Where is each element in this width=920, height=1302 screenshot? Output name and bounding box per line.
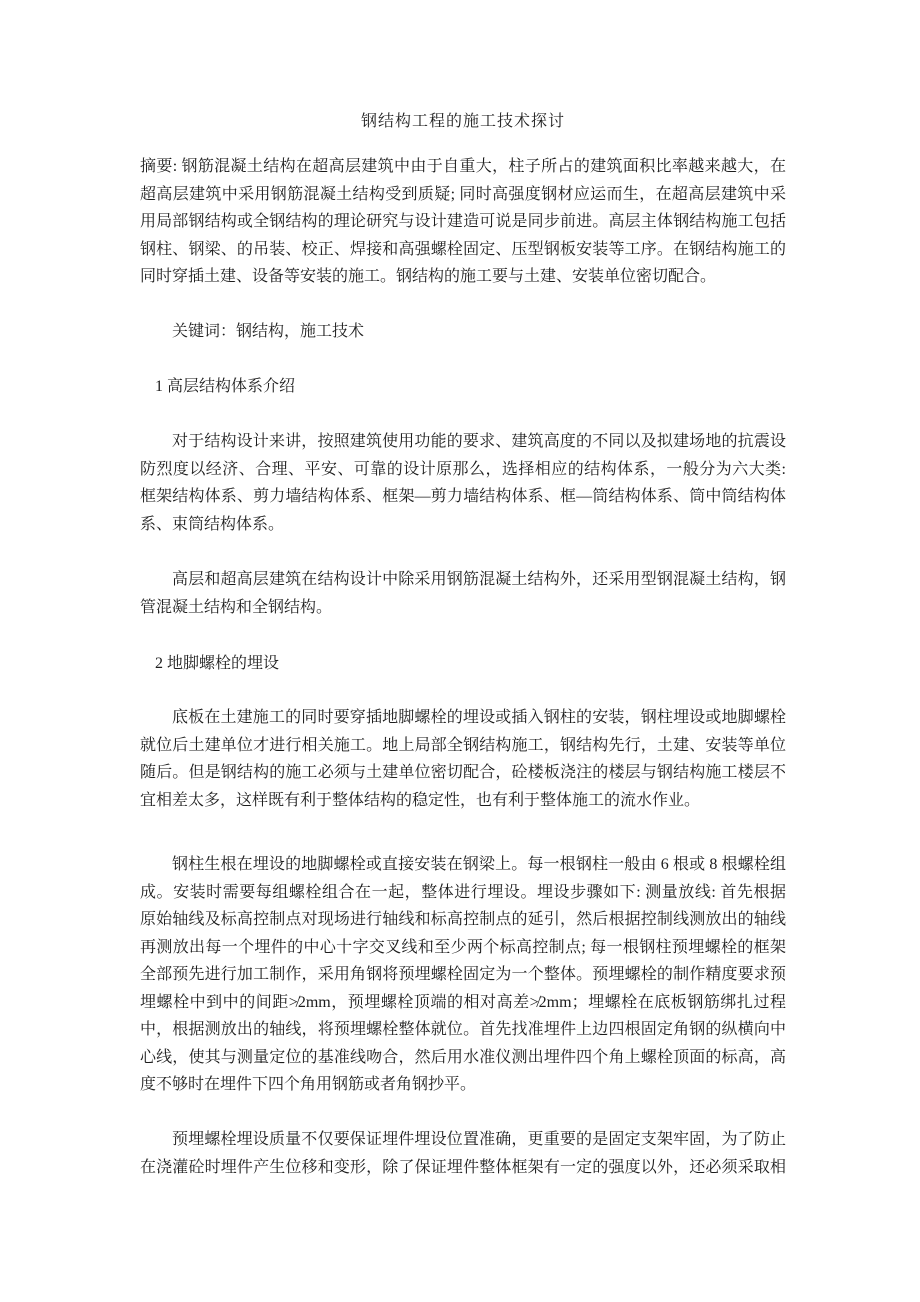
document-title: 钢结构工程的施工技术探讨 — [140, 108, 786, 136]
paragraph-line: 在浇灌砼时埋件产生位移和变形，除了保证埋件整体框架有一定的强度以外，还必须采取相 — [140, 1154, 786, 1182]
paragraph-line: 系、束筒结构体系。 — [140, 511, 786, 539]
paragraph-line: 原始轴线及标高控制点对现场进行轴线和标高控制点的延引，然后根据控制线测放出的轴线 — [140, 906, 786, 934]
paragraph-line: 管混凝土结构和全钢结构。 — [140, 594, 786, 622]
keywords-line: 关键词：钢结构，施工技术 — [140, 318, 786, 346]
paragraph-line: 摘要: 钢筋混凝土结构在超高层建筑中由于自重大，柱子所占的建筑面积比率越来越大，… — [140, 153, 786, 181]
abstract-paragraph: 摘要: 钢筋混凝土结构在超高层建筑中由于自重大，柱子所占的建筑面积比率越来越大，… — [140, 153, 786, 291]
heading-line: 1 高层结构体系介绍 — [140, 373, 786, 401]
paragraph-line: 防烈度以经济、合理、平安、可靠的设计原那么，选择相应的结构体系，一般分为六大类: — [140, 456, 786, 484]
paragraph-line: 中，根据测放出的轴线，将预埋螺栓整体就位。首先找准埋件上边四根固定角钢的纵横向中 — [140, 1016, 786, 1044]
section-1-paragraph-2: 高层和超高层建筑在结构设计中除采用钢筋混凝土结构外，还采用型钢混凝土结构，钢 管… — [140, 566, 786, 621]
paragraph-line: 高层和超高层建筑在结构设计中除采用钢筋混凝土结构外，还采用型钢混凝土结构，钢 — [140, 566, 786, 594]
paragraph-line: 宜相差太多，这样既有利于整体结构的稳定性，也有利于整体施工的流水作业。 — [140, 787, 786, 815]
paragraph-line: 全部预先进行加工制作，采用角钢将预埋螺栓固定为一个整体。预埋螺栓的制作精度要求预 — [140, 961, 786, 989]
paragraph-line: 埋螺栓中到中的间距≯2mm，预埋螺栓顶端的相对高差≯2mm；埋螺栓在底板钢筋绑扎… — [140, 989, 786, 1017]
paragraph-line: 框架结构体系、剪力墙结构体系、框架—剪力墙结构体系、框—筒结构体系、筒中筒结构体 — [140, 483, 786, 511]
paragraph-line: 度不够时在埋件下四个角用钢筋或者角钢抄平。 — [140, 1071, 786, 1099]
paragraph-line: 钢柱生根在埋设的地脚螺栓或直接安装在钢梁上。每一根钢柱一般由 6 根或 8 根螺… — [140, 851, 786, 879]
section-2-paragraph-3: 预埋螺栓埋设质量不仅要保证埋件埋设位置准确，更重要的是固定支架牢固，为了防止 在… — [140, 1126, 786, 1181]
heading-line: 2 地脚螺栓的埋设 — [140, 650, 786, 678]
section-1-paragraph-1: 对于结构设计来讲，按照建筑使用功能的要求、建筑高度的不同以及拟建场地的抗震设 防… — [140, 428, 786, 538]
paragraph-line: 同时穿插土建、设备等安装的施工。钢结构的施工要与土建、安装单位密切配合。 — [140, 263, 786, 291]
paragraph-line: 成。安装时需要每组螺栓组合在一起，整体进行埋设。埋设步骤如下: 测量放线: 首先… — [140, 879, 786, 907]
paragraph-line: 随后。但是钢结构的施工必须与土建单位密切配合，砼楼板浇注的楼层与钢结构施工楼层不 — [140, 759, 786, 787]
paragraph-line: 底板在土建施工的同时要穿插地脚螺栓的埋设或插入钢柱的安装，钢柱埋设或地脚螺栓 — [140, 704, 786, 732]
paragraph-line: 预埋螺栓埋设质量不仅要保证埋件埋设位置准确，更重要的是固定支架牢固，为了防止 — [140, 1126, 786, 1154]
paragraph-line: 用局部钢结构或全钢结构的理论研究与设计建造可说是同步前进。高层主体钢结构施工包括 — [140, 208, 786, 236]
section-1-heading: 1 高层结构体系介绍 — [140, 373, 786, 401]
paragraph-line: 钢柱、钢梁、的吊装、校正、焊接和高强螺栓固定、压型钢板安装等工序。在钢结构施工的 — [140, 236, 786, 264]
paragraph-line: 心线，使其与测量定位的基准线吻合，然后用水准仪测出埋件四个角上螺栓顶面的标高，高 — [140, 1044, 786, 1072]
section-2-paragraph-1: 底板在土建施工的同时要穿插地脚螺栓的埋设或插入钢柱的安装，钢柱埋设或地脚螺栓 就… — [140, 704, 786, 814]
paragraph-line: 超高层建筑中采用钢筋混凝土结构受到质疑; 同时高强度钢材应运而生，在超高层建筑中… — [140, 181, 786, 209]
paragraph-line: 就位后土建单位才进行相关施工。地上局部全钢结构施工，钢结构先行，土建、安装等单位 — [140, 732, 786, 760]
document-page: 钢结构工程的施工技术探讨 摘要: 钢筋混凝土结构在超高层建筑中由于自重大，柱子所… — [0, 0, 920, 1302]
section-2-heading: 2 地脚螺栓的埋设 — [140, 650, 786, 678]
paragraph-line: 对于结构设计来讲，按照建筑使用功能的要求、建筑高度的不同以及拟建场地的抗震设 — [140, 428, 786, 456]
paragraph-line: 再测放出每一个埋件的中心十字交叉线和至少两个标高控制点; 每一根钢柱预埋螺栓的框… — [140, 934, 786, 962]
keywords-paragraph: 关键词：钢结构，施工技术 — [140, 318, 786, 346]
section-2-paragraph-2: 钢柱生根在埋设的地脚螺栓或直接安装在钢梁上。每一根钢柱一般由 6 根或 8 根螺… — [140, 851, 786, 1099]
